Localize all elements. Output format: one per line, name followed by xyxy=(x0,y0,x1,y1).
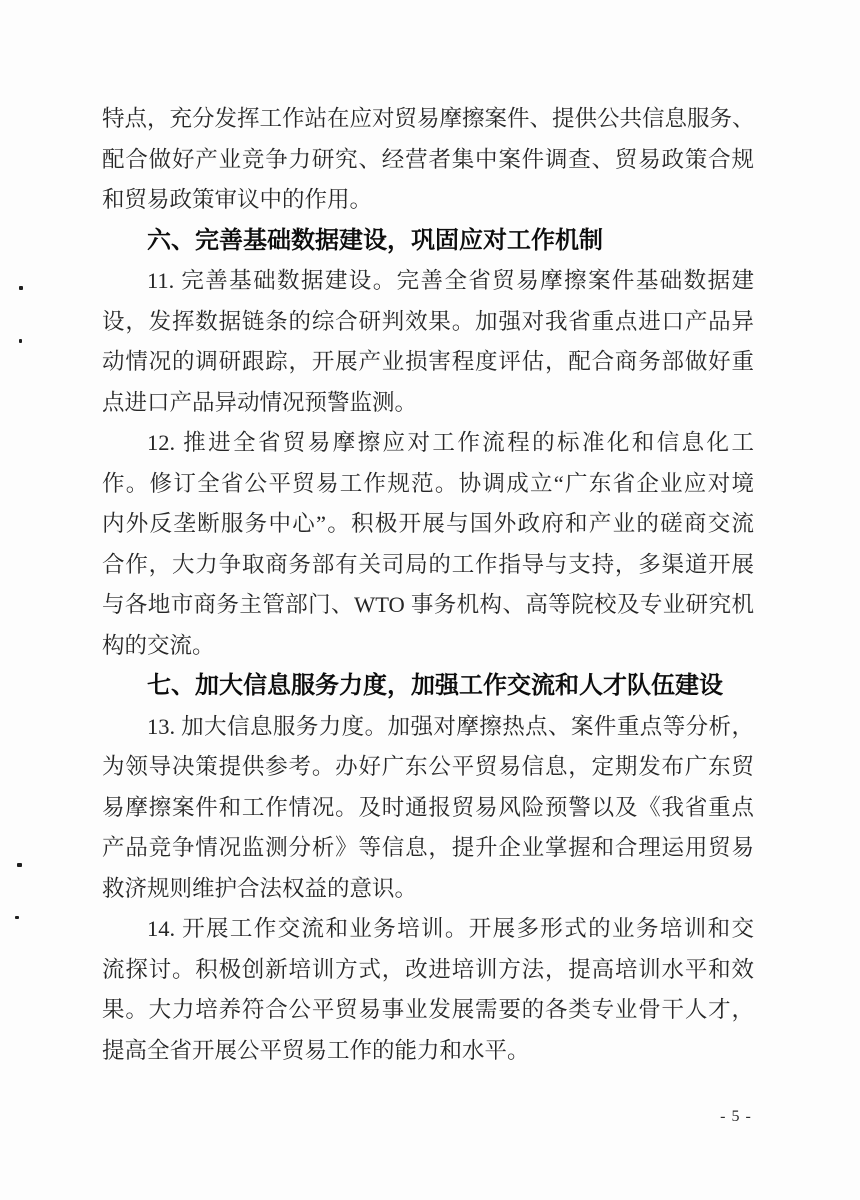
ink-speck xyxy=(17,863,22,867)
paragraph: 特点，充分发挥工作站在应对贸易摩擦案件、提供公共信息服务、配合做好产业竞争力研究… xyxy=(102,99,754,221)
text-line: 与各地市商务主管部门、WTO 事务机构、高等院校及专业研究机 xyxy=(102,585,754,626)
text-line: 设，发挥数据链条的综合研判效果。加强对我省重点进口产品异 xyxy=(102,302,754,343)
paragraph: 14. 开展工作交流和业务培训。开展多形式的业务培训和交流探讨。积极创新培训方式… xyxy=(102,909,754,1071)
text-line: 构的交流。 xyxy=(102,626,754,667)
text-line: 动情况的调研跟踪，开展产业损害程度评估，配合商务部做好重 xyxy=(102,342,754,383)
paragraph: 11. 完善基础数据建设。完善全省贸易摩擦案件基础数据建设，发挥数据链条的综合研… xyxy=(102,261,754,423)
ink-speck xyxy=(19,286,23,290)
text-line: 点进口产品异动情况预警监测。 xyxy=(102,383,754,424)
section-heading: 七、加大信息服务力度，加强工作交流和人才队伍建设 xyxy=(102,666,754,707)
text-line: 流探讨。积极创新培训方式，改进培训方法，提高培训水平和效 xyxy=(102,950,754,991)
text-line: 为领导决策提供参考。办好广东公平贸易信息，定期发布广东贸 xyxy=(102,747,754,788)
text-line: 14. 开展工作交流和业务培训。开展多形式的业务培训和交 xyxy=(102,909,754,950)
ink-speck xyxy=(19,339,22,343)
text-line: 11. 完善基础数据建设。完善全省贸易摩擦案件基础数据建 xyxy=(102,261,754,302)
ink-speck xyxy=(15,916,19,919)
text-line: 易摩擦案件和工作情况。及时通报贸易风险预警以及《我省重点 xyxy=(102,788,754,829)
heading-text: 六、完善基础数据建设，巩固应对工作机制 xyxy=(102,221,754,262)
page-number: - 5 - xyxy=(706,1108,766,1126)
text-line: 13. 加大信息服务力度。加强对摩擦热点、案件重点等分析， xyxy=(102,707,754,748)
heading-text: 七、加大信息服务力度，加强工作交流和人才队伍建设 xyxy=(102,666,754,707)
text-line: 配合做好产业竞争力研究、经营者集中案件调查、贸易政策合规 xyxy=(102,140,754,181)
text-line: 果。大力培养符合公平贸易事业发展需要的各类专业骨干人才， xyxy=(102,990,754,1031)
paragraph: 12. 推进全省贸易摩擦应对工作流程的标准化和信息化工作。修订全省公平贸易工作规… xyxy=(102,423,754,666)
text-line: 提高全省开展公平贸易工作的能力和水平。 xyxy=(102,1031,754,1072)
section-heading: 六、完善基础数据建设，巩固应对工作机制 xyxy=(102,221,754,262)
text-line: 特点，充分发挥工作站在应对贸易摩擦案件、提供公共信息服务、 xyxy=(102,99,754,140)
text-line: 12. 推进全省贸易摩擦应对工作流程的标准化和信息化工 xyxy=(102,423,754,464)
text-line: 合作，大力争取商务部有关司局的工作指导与支持，多渠道开展 xyxy=(102,545,754,586)
text-line: 救济规则维护合法权益的意识。 xyxy=(102,869,754,910)
text-line: 和贸易政策审议中的作用。 xyxy=(102,180,754,221)
document-body: 特点，充分发挥工作站在应对贸易摩擦案件、提供公共信息服务、配合做好产业竞争力研究… xyxy=(102,99,754,1071)
text-line: 作。修订全省公平贸易工作规范。协调成立“广东省企业应对境 xyxy=(102,464,754,505)
document-page: 特点，充分发挥工作站在应对贸易摩擦案件、提供公共信息服务、配合做好产业竞争力研究… xyxy=(0,0,860,1200)
text-line: 内外反垄断服务中心”。积极开展与国外政府和产业的磋商交流 xyxy=(102,504,754,545)
paragraph: 13. 加大信息服务力度。加强对摩擦热点、案件重点等分析，为领导决策提供参考。办… xyxy=(102,707,754,910)
text-line: 产品竞争情况监测分析》等信息，提升企业掌握和合理运用贸易 xyxy=(102,828,754,869)
